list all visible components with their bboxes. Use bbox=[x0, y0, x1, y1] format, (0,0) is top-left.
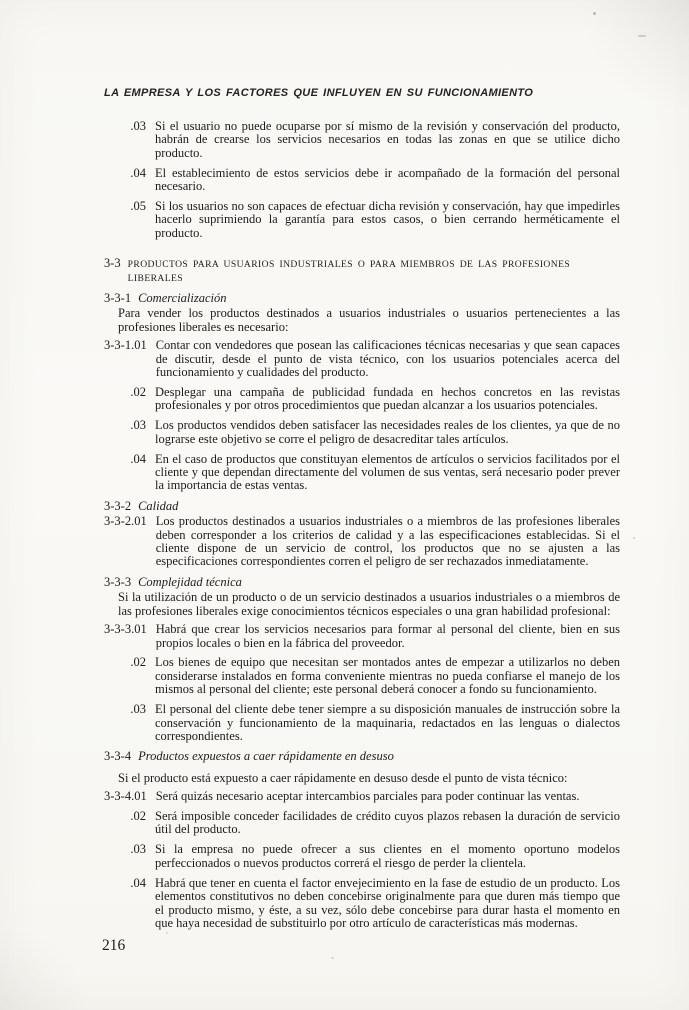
clause-number: .02 bbox=[104, 386, 146, 399]
clause-text: Habrá que tener en cuenta el factor enve… bbox=[155, 877, 620, 931]
document-page: LA EMPRESA Y LOS FACTORES QUE INFLUYEN E… bbox=[0, 0, 689, 1010]
section-number: 3-3 bbox=[104, 257, 121, 270]
section-heading-3-3-1: 3-3-1 Comercialización bbox=[104, 292, 620, 305]
clause-item: .05 Si los usuarios no son capaces de ef… bbox=[104, 200, 620, 240]
clause-item: .03 Si el usuario no puede ocuparse por … bbox=[104, 120, 620, 160]
clause-number: 3-3-1.01 bbox=[104, 339, 147, 352]
section-intro: Si el producto está expuesto a caer rápi… bbox=[118, 772, 620, 785]
clause-text: Si la empresa no puede ofrecer a sus cli… bbox=[155, 843, 620, 870]
clause-number: .03 bbox=[104, 419, 146, 432]
clause-item: 3-3-4.01 Será quizás necesario aceptar i… bbox=[104, 790, 620, 803]
clause-number: .03 bbox=[104, 703, 146, 716]
section-title: Complejidad técnica bbox=[138, 576, 242, 589]
clause-text: El personal del cliente debe tener siemp… bbox=[155, 703, 620, 743]
clause-number: 3-3-2.01 bbox=[104, 515, 147, 528]
section-title: Productos expuestos a caer rápidamente e… bbox=[138, 750, 394, 763]
section-number: 3-3-1 bbox=[104, 292, 131, 305]
section-heading-3-3-3: 3-3-3 Complejidad técnica bbox=[104, 576, 620, 589]
section-title: Calidad bbox=[138, 500, 178, 513]
clause-number: .04 bbox=[104, 167, 146, 180]
clause-item: .04 Habrá que tener en cuenta el factor … bbox=[104, 877, 620, 931]
clause-item: .03 El personal del cliente debe tener s… bbox=[104, 703, 620, 743]
page-number: 216 bbox=[102, 937, 620, 954]
clause-number: .04 bbox=[104, 453, 146, 466]
clause-text: Habrá que crear los servicios necesarios… bbox=[156, 623, 620, 650]
clause-text: Desplegar una campaña de publicidad fund… bbox=[155, 386, 620, 413]
section-heading-3-3: 3-3 PRODUCTOS PARA USUARIOS INDUSTRIALES… bbox=[104, 257, 620, 285]
clause-text: El establecimiento de estos servicios de… bbox=[155, 167, 620, 194]
clause-text: Los productos vendidos deben satisfacer … bbox=[155, 419, 620, 446]
clause-text: Los productos destinados a usuarios indu… bbox=[156, 515, 620, 569]
section-number: 3-3-2 bbox=[104, 500, 131, 513]
clause-item: 3-3-2.01 Los productos destinados a usua… bbox=[104, 515, 620, 569]
clause-number: 3-3-3.01 bbox=[104, 623, 147, 636]
clause-number: .05 bbox=[104, 200, 146, 213]
scan-speckle bbox=[638, 35, 646, 37]
clause-number: .03 bbox=[104, 843, 146, 856]
scan-speckle bbox=[331, 957, 334, 959]
clause-item: 3-3-1.01 Contar con vendedores que posea… bbox=[104, 339, 620, 379]
clause-item: .03 Los productos vendidos deben satisfa… bbox=[104, 419, 620, 446]
section-heading-3-3-2: 3-3-2 Calidad bbox=[104, 500, 620, 513]
scan-speckle bbox=[593, 12, 596, 15]
section-heading-3-3-4: 3-3-4 Productos expuestos a caer rápidam… bbox=[104, 750, 620, 763]
clause-number: .04 bbox=[104, 877, 146, 890]
section-intro: Para vender los productos destinados a u… bbox=[118, 307, 620, 334]
section-title: PRODUCTOS PARA USUARIOS INDUSTRIALES O P… bbox=[128, 258, 620, 285]
scan-speckle bbox=[166, 932, 168, 934]
clause-item: .02 Desplegar una campaña de publicidad … bbox=[104, 386, 620, 413]
clause-item: .03 Si la empresa no puede ofrecer a sus… bbox=[104, 843, 620, 870]
clause-item: .04 En el caso de productos que constitu… bbox=[104, 453, 620, 493]
clause-text: Contar con vendedores que posean las cal… bbox=[156, 339, 620, 379]
clause-text: Será imposible conceder facilidades de c… bbox=[155, 810, 620, 837]
clause-item: 3-3-3.01 Habrá que crear los servicios n… bbox=[104, 623, 620, 650]
clause-number: .03 bbox=[104, 120, 146, 133]
section-intro: Si la utilización de un producto o de un… bbox=[118, 591, 620, 618]
clause-number: .02 bbox=[104, 810, 146, 823]
section-title: Comercialización bbox=[138, 292, 226, 305]
section-number: 3-3-4 bbox=[104, 750, 131, 763]
clause-number: .02 bbox=[104, 656, 146, 669]
scan-speckle bbox=[633, 537, 635, 539]
clause-text: Será quizás necesario aceptar intercambi… bbox=[156, 790, 620, 803]
clause-item: .04 El establecimiento de estos servicio… bbox=[104, 167, 620, 194]
running-header: LA EMPRESA Y LOS FACTORES QUE INFLUYEN E… bbox=[104, 87, 620, 100]
clause-text: Los bienes de equipo que necesitan ser m… bbox=[155, 656, 620, 696]
clause-number: 3-3-4.01 bbox=[104, 790, 147, 803]
clause-item: .02 Será imposible conceder facilidades … bbox=[104, 810, 620, 837]
clause-text: En el caso de productos que constituyan … bbox=[155, 453, 620, 493]
clause-text: Si los usuarios no son capaces de efectu… bbox=[155, 200, 620, 240]
clause-text: Si el usuario no puede ocuparse por sí m… bbox=[155, 120, 620, 160]
clause-item: .02 Los bienes de equipo que necesitan s… bbox=[104, 656, 620, 696]
section-number: 3-3-3 bbox=[104, 576, 131, 589]
